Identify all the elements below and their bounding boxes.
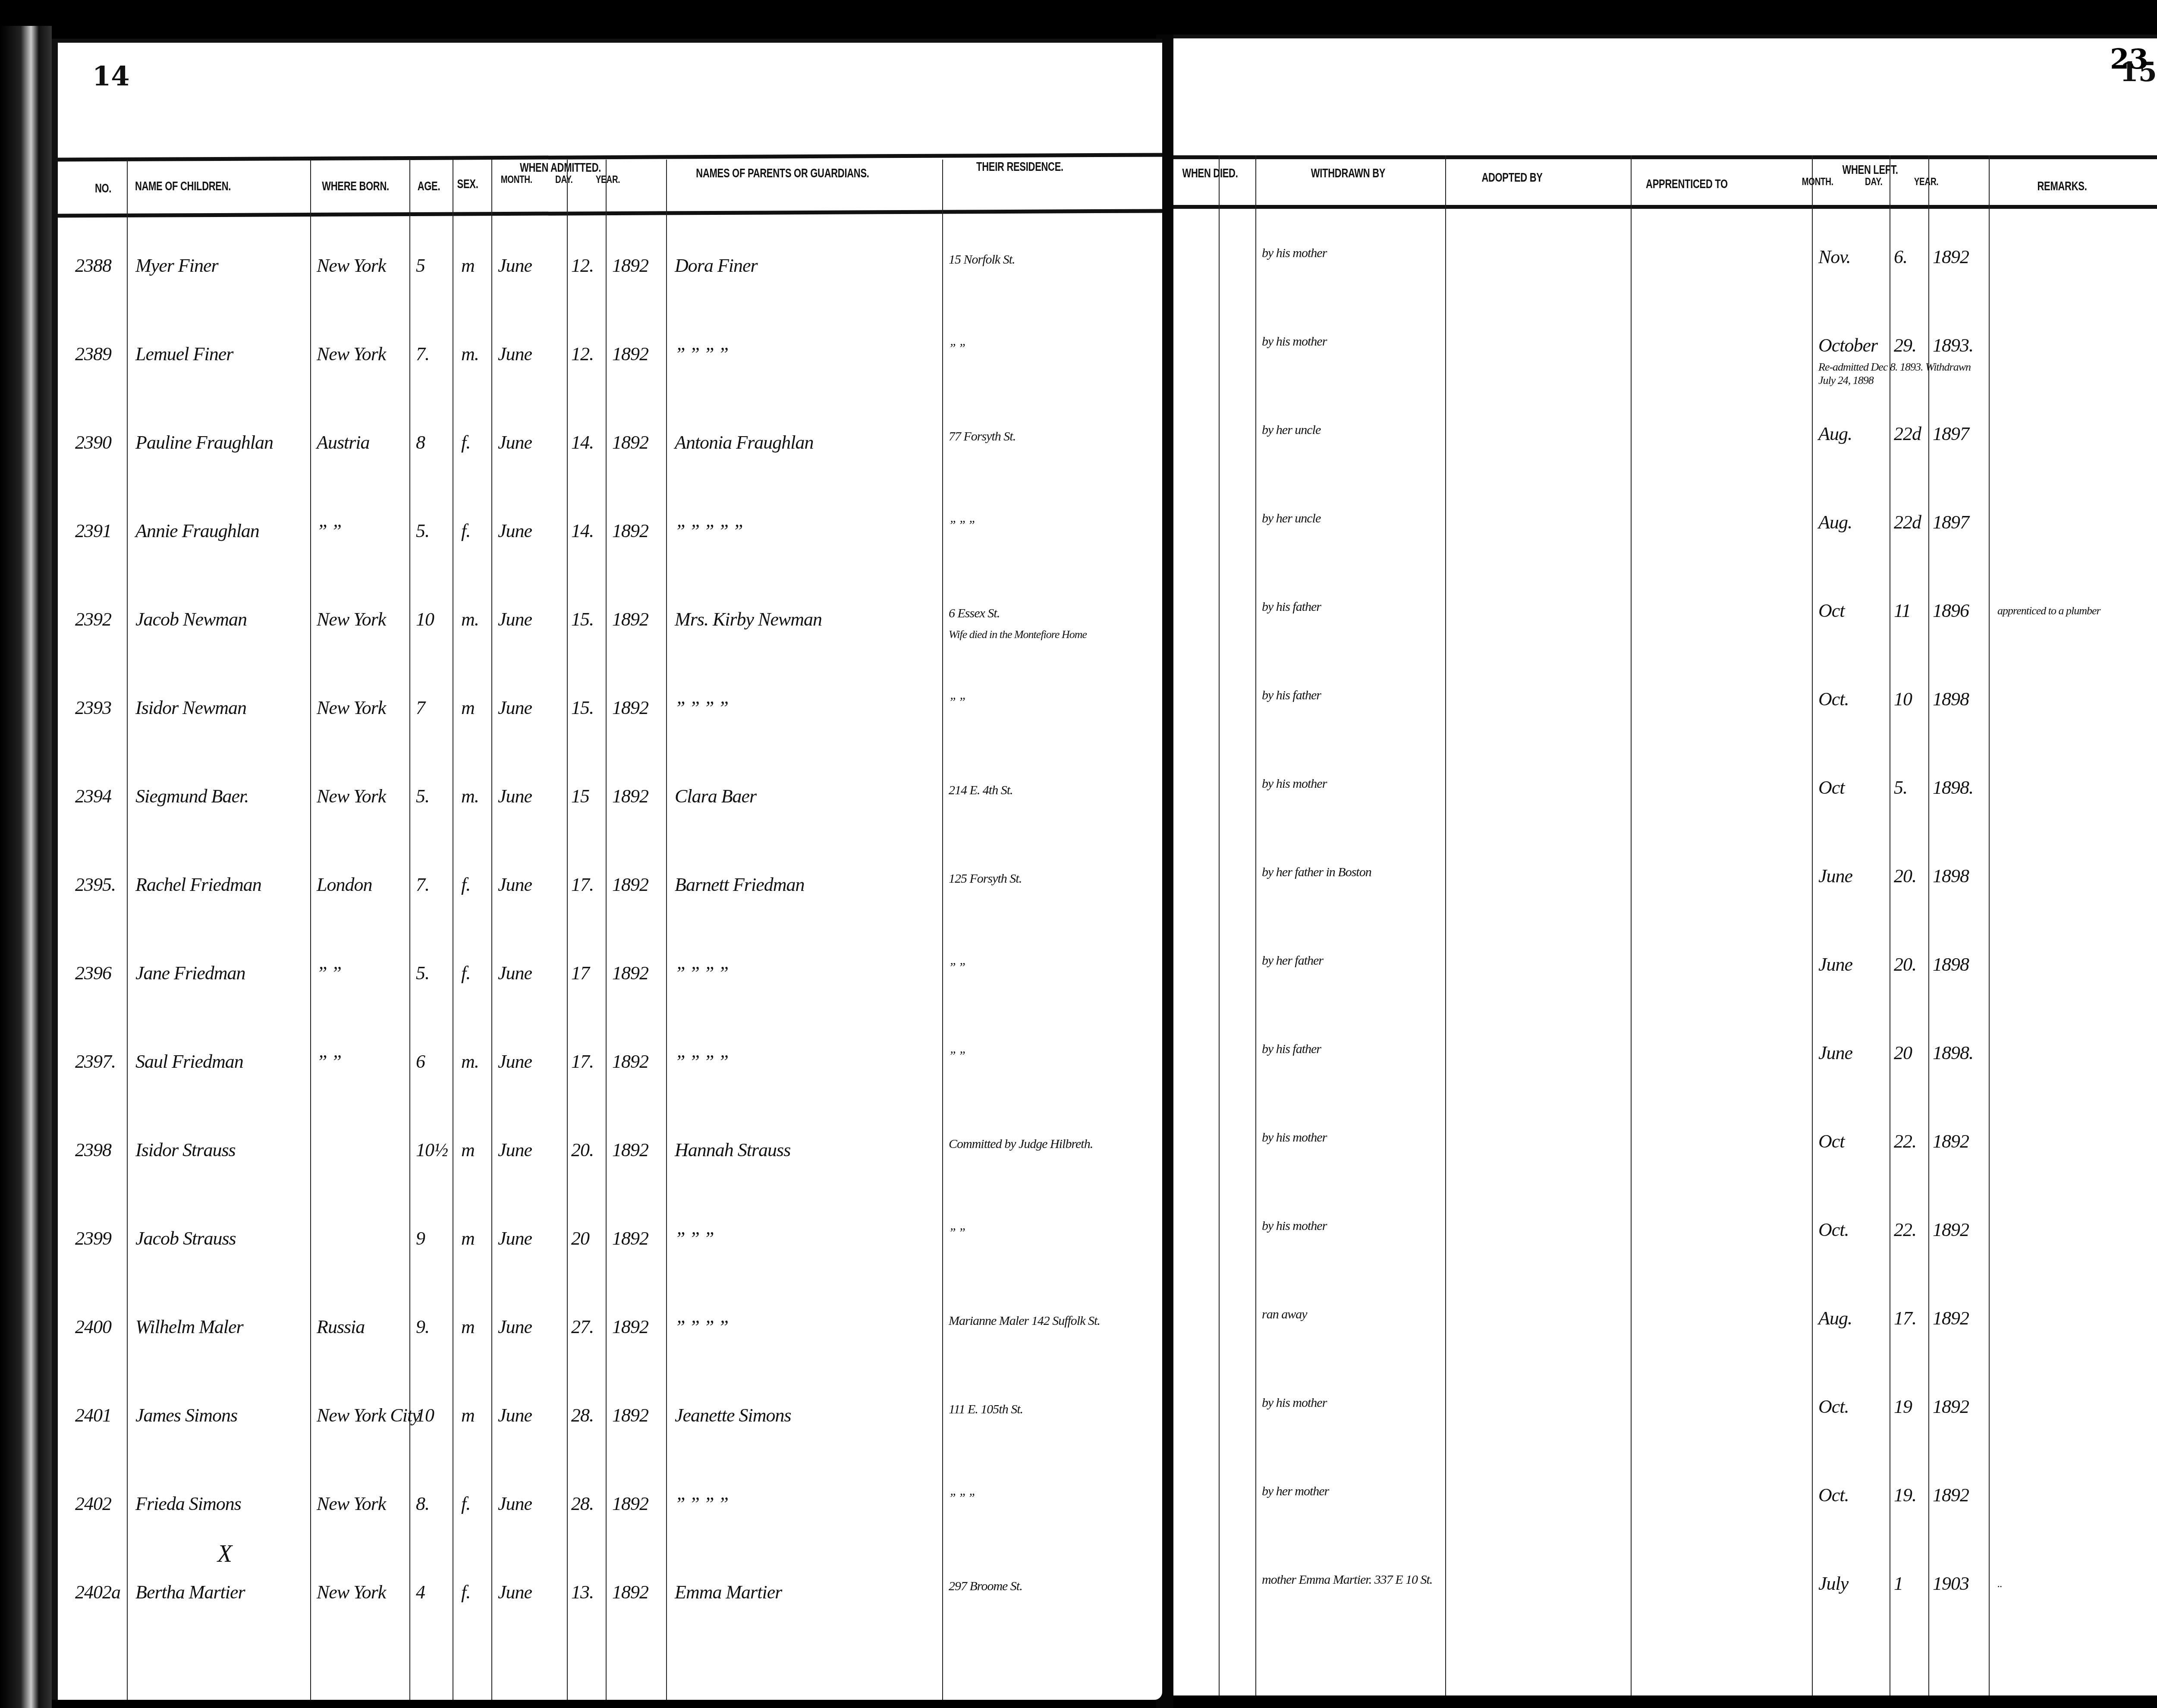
table-row: 2395.Rachel FriedmanLondon7.f.June17.189… xyxy=(58,874,1162,962)
admitted-day: 28. xyxy=(571,1404,594,1426)
admitted-month: June xyxy=(498,697,532,719)
withdrawn-by: by his mother xyxy=(1262,1130,1443,1145)
parent-name: ” ” ” ” ” xyxy=(675,520,742,542)
book-spine-left xyxy=(0,26,52,1708)
residence: ” ” ” xyxy=(949,1491,1113,1506)
child-name: Isidor Strauss xyxy=(135,1139,236,1161)
admitted-month: June xyxy=(498,520,532,542)
parent-name: ” ” ” ” xyxy=(675,1493,728,1515)
age: 8 xyxy=(416,431,425,453)
residence: 15 Norfolk St. xyxy=(949,252,1113,267)
admitted-year: 1892 xyxy=(612,1581,648,1603)
left-month: June xyxy=(1818,865,1852,887)
table-row: by her uncleAug.22d1897 xyxy=(1173,511,2157,600)
admitted-month: June xyxy=(498,1051,532,1073)
left-year: 1903 xyxy=(1933,1573,1969,1595)
child-name: Frieda Simons xyxy=(135,1493,241,1515)
top-rule xyxy=(1173,35,2157,38)
table-row: 2389Lemuel FinerNew York7.m.June12.1892”… xyxy=(58,343,1162,431)
table-row: by his motherOct22.1892 xyxy=(1173,1130,2157,1219)
withdrawn-by: by her mother xyxy=(1262,1484,1443,1499)
table-row: by his motherNov.6.1892 xyxy=(1173,246,2157,334)
admitted-month: June xyxy=(498,431,532,453)
age: 7. xyxy=(416,343,429,365)
admitted-year: 1892 xyxy=(612,1139,648,1161)
left-year: 1892 xyxy=(1933,246,1969,268)
table-row: ran awayAug.17.1892 xyxy=(1173,1307,2157,1396)
left-year: 1892 xyxy=(1933,1484,1969,1506)
entry-number: 2393 xyxy=(75,697,111,719)
entry-number: 2402 xyxy=(75,1493,111,1515)
age: 6 xyxy=(416,1051,425,1073)
admitted-year: 1892 xyxy=(612,1316,648,1338)
table-row: 2397.Saul Friedman” ”6m.June17.1892” ” ”… xyxy=(58,1051,1162,1139)
age: 5. xyxy=(416,785,429,807)
age: 9 xyxy=(416,1227,425,1249)
parent-name: ” ” ” xyxy=(675,1227,714,1249)
where-born: New York xyxy=(317,343,386,365)
header-withdrawn-by: Withdrawn By xyxy=(1273,167,1424,180)
withdrawn-by: by his father xyxy=(1262,1042,1443,1057)
child-name: Saul Friedman xyxy=(135,1051,243,1073)
ledger-page-right: 23 15 When Died. Withdrawn By Adopted By… xyxy=(1173,35,2157,1695)
left-month: Oct. xyxy=(1818,1484,1849,1506)
residence: ” ” xyxy=(949,695,1113,710)
table-row: 2401James SimonsNew York City10mJune28.1… xyxy=(58,1404,1162,1493)
left-month: Oct. xyxy=(1818,1396,1849,1418)
age: 9. xyxy=(416,1316,429,1338)
left-month: June xyxy=(1818,1042,1852,1064)
entry-number: 2402a xyxy=(75,1581,120,1603)
left-day: 20. xyxy=(1894,865,1916,887)
residence: 111 E. 105th St. xyxy=(949,1402,1113,1417)
left-month: October xyxy=(1818,334,1877,356)
left-month: Oct xyxy=(1818,600,1845,622)
column-headers-right: When Died. Withdrawn By Adopted By Appre… xyxy=(1173,155,2157,196)
left-year: 1892 xyxy=(1933,1130,1969,1152)
admitted-year: 1892 xyxy=(612,1227,648,1249)
child-name: Isidor Newman xyxy=(135,697,246,719)
admitted-day: 15 xyxy=(571,785,589,807)
withdrawn-by: mother Emma Martier. 337 E 10 St. xyxy=(1262,1573,1443,1588)
entry-number: 2400 xyxy=(75,1316,111,1338)
child-name: Annie Fraughlan xyxy=(135,520,259,542)
residence: ” ” xyxy=(949,341,1113,356)
table-row: 2393Isidor NewmanNew York7mJune15.1892” … xyxy=(58,697,1162,785)
left-day: 20. xyxy=(1894,953,1916,975)
where-born: New York xyxy=(317,697,386,719)
table-row: by his motherOctober29.1893.Re-admitted … xyxy=(1173,334,2157,423)
sex: m xyxy=(461,1227,475,1249)
left-month: Aug. xyxy=(1818,423,1852,445)
admitted-day: 14. xyxy=(571,431,594,453)
residence: Marianne Maler 142 Suffolk St. xyxy=(949,1314,1113,1329)
parent-name: Jeanette Simons xyxy=(675,1404,791,1426)
where-born: Austria xyxy=(317,431,370,453)
left-month: Aug. xyxy=(1818,1307,1852,1329)
table-row: by his fatherOct111896apprenticed to a p… xyxy=(1173,600,2157,688)
age: 10 xyxy=(416,608,434,630)
admitted-year: 1892 xyxy=(612,1051,648,1073)
admitted-day: 14. xyxy=(571,520,594,542)
admitted-month: June xyxy=(498,785,532,807)
table-row: by her father in BostonJune20.1898 xyxy=(1173,865,2157,953)
sex: m xyxy=(461,1139,475,1161)
table-row: 2394Siegmund Baer.New York5.m.June151892… xyxy=(58,785,1162,874)
child-name: Jacob Strauss xyxy=(135,1227,236,1249)
withdrawn-by: by her father in Boston xyxy=(1262,865,1443,880)
admitted-day: 20. xyxy=(571,1139,594,1161)
admitted-day: 13. xyxy=(571,1581,594,1603)
admitted-day: 15. xyxy=(571,697,594,719)
table-row: 2400Wilhelm MalerRussia9.mJune27.1892” ”… xyxy=(58,1316,1162,1404)
admitted-month: June xyxy=(498,1581,532,1603)
header-left-month: Month. xyxy=(1802,177,1833,189)
sex: f. xyxy=(461,431,470,453)
left-day: 19. xyxy=(1894,1484,1916,1506)
left-year: 1898 xyxy=(1933,688,1969,710)
withdrawn-by: by his mother xyxy=(1262,334,1443,349)
parent-name: ” ” ” ” xyxy=(675,962,728,984)
admitted-month: June xyxy=(498,962,532,984)
entry-number: 2401 xyxy=(75,1404,111,1426)
admitted-month: June xyxy=(498,1404,532,1426)
table-row: 2396Jane Friedman” ”5.f.June171892” ” ” … xyxy=(58,962,1162,1051)
withdrawn-by: by her uncle xyxy=(1262,423,1443,438)
where-born: New York xyxy=(317,608,386,630)
where-born: New York xyxy=(317,785,386,807)
admitted-year: 1892 xyxy=(612,1493,648,1515)
admitted-year: 1892 xyxy=(612,343,648,365)
sex: m. xyxy=(461,1051,479,1073)
child-name: Wilhelm Maler xyxy=(135,1316,243,1338)
residence-note: Wife died in the Montefiore Home xyxy=(949,628,1113,641)
left-month: Oct xyxy=(1818,1130,1845,1152)
left-month: July xyxy=(1818,1573,1848,1595)
remarks: .. xyxy=(1997,1577,2140,1590)
where-born: New York xyxy=(317,1581,386,1603)
page-number-left: 14 xyxy=(92,60,129,92)
residence: ” ” xyxy=(949,1048,1113,1063)
withdrawn-by: by his father xyxy=(1262,600,1443,615)
where-born: ” ” xyxy=(317,962,341,984)
header-where-born: Where Born. xyxy=(312,179,399,193)
left-year: 1898 xyxy=(1933,953,1969,975)
parent-name: Antonia Fraughlan xyxy=(675,431,814,453)
entry-number: 2391 xyxy=(75,520,111,542)
child-name: James Simons xyxy=(135,1404,237,1426)
header-name: Name of Children. xyxy=(127,179,239,193)
parent-name: Mrs. Kirby Newman xyxy=(675,608,822,630)
left-year: 1892 xyxy=(1933,1396,1969,1418)
left-day: 19 xyxy=(1894,1396,1912,1418)
sex: m xyxy=(461,1404,475,1426)
residence: ” ” xyxy=(949,960,1113,975)
left-day: 17. xyxy=(1894,1307,1916,1329)
admitted-day: 17. xyxy=(571,1051,594,1073)
sex: m. xyxy=(461,343,479,365)
column-headers-left: No. Name of Children. Where Born. Age. S… xyxy=(58,160,1162,201)
admitted-month: June xyxy=(498,608,532,630)
admitted-year: 1892 xyxy=(612,785,648,807)
parent-name: ” ” ” ” xyxy=(675,697,728,719)
withdrawn-by: ran away xyxy=(1262,1307,1443,1322)
child-name: Jane Friedman xyxy=(135,962,245,984)
admitted-year: 1892 xyxy=(612,608,648,630)
table-row: by his motherOct.22.1892 xyxy=(1173,1219,2157,1307)
admitted-day: 15. xyxy=(571,608,594,630)
admitted-year: 1892 xyxy=(612,520,648,542)
x-mark: X xyxy=(217,1540,232,1568)
age: 10½ xyxy=(416,1139,448,1161)
header-age: Age. xyxy=(416,179,442,193)
withdrawn-by: by her uncle xyxy=(1262,511,1443,526)
sex: m xyxy=(461,1316,475,1338)
table-row: 2402aBertha MartierNew York4f.June13.189… xyxy=(58,1581,1162,1670)
admitted-year: 1892 xyxy=(612,1404,648,1426)
admitted-year: 1892 xyxy=(612,255,648,277)
admitted-day: 17. xyxy=(571,874,594,896)
parent-name: Dora Finer xyxy=(675,255,758,277)
where-born: ” ” xyxy=(317,520,341,542)
parent-name: ” ” ” ” xyxy=(675,1316,728,1338)
left-year: 1898 xyxy=(1933,865,1969,887)
header-residence: Their Residence. xyxy=(946,160,1093,173)
sex: m xyxy=(461,255,475,277)
header-when-admitted: When Admitted. Month. Day. Year. xyxy=(489,161,632,186)
table-row: mother Emma Martier. 337 E 10 St.July119… xyxy=(1173,1573,2157,1661)
withdrawn-by: by his mother xyxy=(1262,777,1443,792)
top-rule xyxy=(58,39,1162,43)
age: 5. xyxy=(416,520,429,542)
table-row: 2402Frieda SimonsNew York8.f.June28.1892… xyxy=(58,1493,1162,1581)
withdrawn-by: by his mother xyxy=(1262,246,1443,261)
admitted-day: 12. xyxy=(571,255,594,277)
entry-number: 2390 xyxy=(75,431,111,453)
header-sex: Sex. xyxy=(455,177,481,191)
left-day: 5. xyxy=(1894,777,1907,799)
header-adopted-by: Adopted By xyxy=(1441,171,1583,184)
residence: 297 Broome St. xyxy=(949,1579,1113,1594)
left-year: 1897 xyxy=(1933,511,1969,533)
child-name: Bertha Martier xyxy=(135,1581,245,1603)
header-bottom-rule xyxy=(58,209,1162,217)
header-adm-month: Month. xyxy=(501,175,532,186)
entry-number: 2392 xyxy=(75,608,111,630)
left-month: Nov. xyxy=(1818,246,1851,268)
header-left-day: Day. xyxy=(1865,177,1882,189)
table-row: 2390Pauline FraughlanAustria8f.June14.18… xyxy=(58,431,1162,520)
left-month: Aug. xyxy=(1818,511,1852,533)
left-day: 22d xyxy=(1894,511,1921,533)
table-row: by her motherOct.19.1892 xyxy=(1173,1484,2157,1573)
age: 7. xyxy=(416,874,429,896)
parent-name: ” ” ” ” xyxy=(675,1051,728,1073)
header-no: No. xyxy=(90,182,116,195)
remarks: apprenticed to a plumber xyxy=(1997,604,2140,617)
age: 10 xyxy=(416,1404,434,1426)
left-year: 1892 xyxy=(1933,1219,1969,1241)
left-year: 1893. xyxy=(1933,334,1973,356)
where-born: New York xyxy=(317,255,386,277)
admitted-year: 1892 xyxy=(612,697,648,719)
admitted-month: June xyxy=(498,1227,532,1249)
left-day: 6. xyxy=(1894,246,1907,268)
entry-number: 2396 xyxy=(75,962,111,984)
parent-name: ” ” ” ” xyxy=(675,343,728,365)
left-day: 29. xyxy=(1894,334,1916,356)
header-parents: Names of Parents or Guardians. xyxy=(662,167,903,180)
sex: m. xyxy=(461,785,479,807)
header-adm-year: Year. xyxy=(596,175,620,186)
left-month: Oct. xyxy=(1818,688,1849,710)
tab-number: 23 xyxy=(2110,43,2148,75)
left-day: 20 xyxy=(1894,1042,1912,1064)
left-year: 1898. xyxy=(1933,1042,1973,1064)
left-year: 1898. xyxy=(1933,777,1973,799)
left-day: 22d xyxy=(1894,423,1921,445)
admitted-month: June xyxy=(498,874,532,896)
admitted-day: 28. xyxy=(571,1493,594,1515)
entry-number: 2389 xyxy=(75,343,111,365)
sex: f. xyxy=(461,1493,470,1515)
header-apprenticed-to: Apprenticed To xyxy=(1605,177,1769,191)
left-day: 11 xyxy=(1894,600,1911,622)
table-row: by her fatherJune20.1898 xyxy=(1173,953,2157,1042)
admitted-day: 17 xyxy=(571,962,589,984)
age: 5. xyxy=(416,962,429,984)
sex: m xyxy=(461,697,475,719)
admitted-month: June xyxy=(498,255,532,277)
residence: 77 Forsyth St. xyxy=(949,429,1113,444)
admitted-month: June xyxy=(498,1493,532,1515)
table-row: 2399Jacob Strauss9mJune201892” ” ”” ” xyxy=(58,1227,1162,1316)
child-name: Pauline Fraughlan xyxy=(135,431,273,453)
admitted-month: June xyxy=(498,1139,532,1161)
left-day: 22. xyxy=(1894,1130,1916,1152)
entry-number: 2397. xyxy=(75,1051,116,1073)
admitted-day: 12. xyxy=(571,343,594,365)
left-month: June xyxy=(1818,953,1852,975)
parent-name: Emma Martier xyxy=(675,1581,782,1603)
withdrawn-by: by his mother xyxy=(1262,1219,1443,1234)
sex: m. xyxy=(461,608,479,630)
admitted-month: June xyxy=(498,343,532,365)
parent-name: Barnett Friedman xyxy=(675,874,805,896)
left-day: 22. xyxy=(1894,1219,1916,1241)
entry-number: 2395. xyxy=(75,874,116,896)
residence: ” ” xyxy=(949,1225,1113,1240)
table-row: 2391Annie Fraughlan” ”5.f.June14.1892” ”… xyxy=(58,520,1162,608)
residence: ” ” ” xyxy=(949,518,1113,533)
left-year: 1896 xyxy=(1933,600,1969,622)
where-born: New York xyxy=(317,1493,386,1515)
left-day: 1 xyxy=(1894,1573,1903,1595)
table-row: 2388Myer FinerNew York5mJune12.1892Dora … xyxy=(58,255,1162,343)
where-born: London xyxy=(317,874,372,896)
left-month: Oct xyxy=(1818,777,1845,799)
parent-name: Clara Baer xyxy=(675,785,756,807)
residence: Committed by Judge Hilbreth. xyxy=(949,1137,1113,1152)
admitted-year: 1892 xyxy=(612,431,648,453)
child-name: Lemuel Finer xyxy=(135,343,233,365)
withdrawn-by: by his father xyxy=(1262,688,1443,703)
withdrawn-by: by his mother xyxy=(1262,1396,1443,1411)
admitted-day: 27. xyxy=(571,1316,594,1338)
left-day: 10 xyxy=(1894,688,1912,710)
table-row: 2398Isidor Strauss10½mJune20.1892Hannah … xyxy=(58,1139,1162,1227)
residence: 6 Essex St. xyxy=(949,606,1113,621)
readmission-note: Re-admitted Dec 8. 1893. Withdrawn July … xyxy=(1818,360,1987,387)
child-name: Myer Finer xyxy=(135,255,218,277)
where-born: ” ” xyxy=(317,1051,341,1073)
age: 4 xyxy=(416,1581,425,1603)
withdrawn-by: by her father xyxy=(1262,953,1443,969)
header-remarks: Remarks. xyxy=(1984,179,2140,193)
header-bottom-rule xyxy=(1173,205,2157,209)
header-left-year: Year. xyxy=(1914,177,1939,189)
age: 5 xyxy=(416,255,425,277)
table-row: by his motherOct5.1898. xyxy=(1173,777,2157,865)
sex: f. xyxy=(461,1581,470,1603)
sex: f. xyxy=(461,962,470,984)
sex: f. xyxy=(461,520,470,542)
table-row: by his fatherOct.101898 xyxy=(1173,688,2157,777)
table-row: by his fatherJune201898. xyxy=(1173,1042,2157,1130)
age: 7 xyxy=(416,697,425,719)
child-name: Siegmund Baer. xyxy=(135,785,248,807)
left-year: 1897 xyxy=(1933,423,1969,445)
admitted-day: 20 xyxy=(571,1227,589,1249)
entry-number: 2398 xyxy=(75,1139,111,1161)
where-born: New York City xyxy=(317,1404,420,1426)
header-died: When Died. xyxy=(1173,167,1247,180)
entry-number: 2394 xyxy=(75,785,111,807)
left-year: 1892 xyxy=(1933,1307,1969,1329)
admitted-year: 1892 xyxy=(612,874,648,896)
entry-number: 2388 xyxy=(75,255,111,277)
residence: 214 E. 4th St. xyxy=(949,783,1113,798)
child-name: Rachel Friedman xyxy=(135,874,261,896)
header-adm-day: Day. xyxy=(555,175,572,186)
table-row: by her uncleAug.22d1897 xyxy=(1173,423,2157,511)
left-month: Oct. xyxy=(1818,1219,1849,1241)
residence: 125 Forsyth St. xyxy=(949,871,1113,887)
sex: f. xyxy=(461,874,470,896)
age: 8. xyxy=(416,1493,429,1515)
parent-name: Hannah Strauss xyxy=(675,1139,790,1161)
table-row: 2392Jacob NewmanNew York10m.June15.1892M… xyxy=(58,608,1162,697)
where-born: Russia xyxy=(317,1316,365,1338)
admitted-year: 1892 xyxy=(612,962,648,984)
entry-number: 2399 xyxy=(75,1227,111,1249)
admitted-month: June xyxy=(498,1316,532,1338)
table-row: by his motherOct.191892 xyxy=(1173,1396,2157,1484)
child-name: Jacob Newman xyxy=(135,608,247,630)
ledger-page-left: 14 No. Name of Children. Where Born. Age… xyxy=(52,39,1162,1700)
